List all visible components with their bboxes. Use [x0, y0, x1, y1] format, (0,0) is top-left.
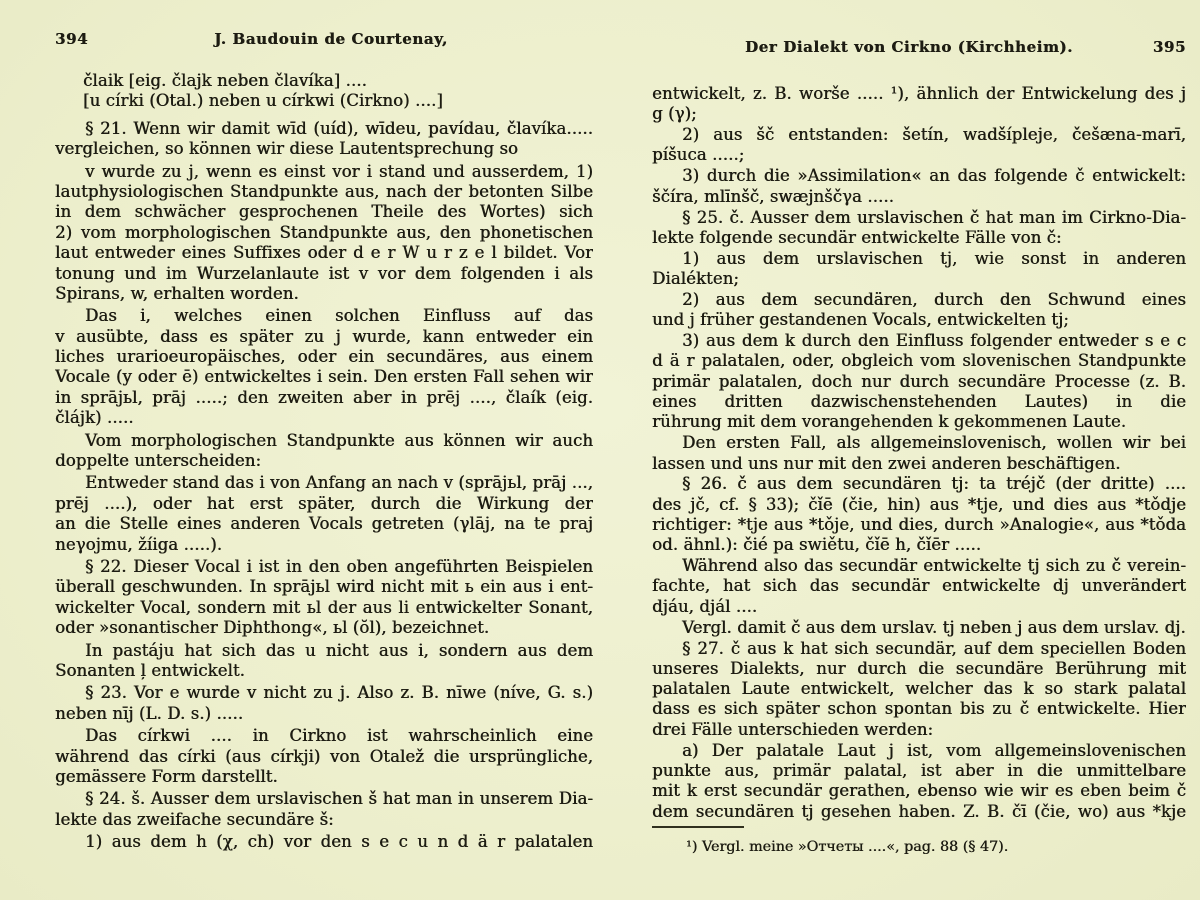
text-line: ščíra, mlīnšč, swæjnščγa ..... [652, 187, 1186, 207]
left-page: 394 J. Baudouin de Courtenay, člaik [eig… [55, 30, 593, 852]
text-line: lekte das zweifache secundäre š: [55, 810, 593, 830]
text-line: Das církwi .... in Cirkno ist wahrschein… [55, 726, 593, 746]
paragraph: § 24. š. Ausser dem urslavischen š hat m… [55, 789, 593, 830]
paragraph: In pastáju hat sich das u nicht aus i, s… [55, 641, 593, 682]
text-line: entwickelt, z. B. worše ..... ¹), ähnlic… [652, 84, 1186, 104]
paragraph: § 21. Wenn wir damit wīd (uíd), wīdeu, p… [55, 119, 593, 160]
text-line: Entweder stand das i von Anfang an nach … [55, 473, 593, 493]
text-line: in sprājьl, prāj .....; den zweiten aber… [55, 388, 593, 408]
paragraph: Vom morphologischen Standpunkte aus könn… [55, 431, 593, 472]
text-line: g (γ); [652, 104, 1186, 124]
text-line: 1) aus dem h (χ, ch) vor den s e c u n d… [55, 832, 593, 852]
text-line: Vom morphologischen Standpunkte aus könn… [55, 431, 593, 451]
text-line: 3) aus dem k durch den Einfluss folgende… [652, 331, 1186, 351]
paragraph: v wurde zu j, wenn es einst vor i stand … [55, 162, 593, 305]
footnote-text: ¹) Vergl. meine »Отчеты ....«, pag. 88 (… [652, 838, 1186, 856]
text-line: liches urarioeuropäisches, oder ein secu… [55, 347, 593, 367]
text-line: Das i, welches einen solchen Einfluss au… [55, 306, 593, 326]
text-line: § 21. Wenn wir damit wīd (uíd), wīdeu, p… [55, 119, 593, 139]
paragraph: § 25. č. Ausser dem urslavischen č hat m… [652, 208, 1186, 249]
text-line: § 27. č aus k hat sich secundär, auf dem… [652, 639, 1186, 659]
left-running-head: 394 J. Baudouin de Courtenay, [55, 30, 593, 49]
text-line: des jč, cf. § 33); čǐē (čie, hin) aus *t… [652, 495, 1186, 515]
text-line: 1) aus dem urslavischen tj, wie sonst in… [652, 249, 1186, 269]
text-line: Sonanten ļ entwickelt. [55, 661, 593, 681]
right-page: Der Dialekt von Cirkno (Kirchheim). 395 … [652, 38, 1186, 856]
footnote: ¹) Vergl. meine »Отчеты ....«, pag. 88 (… [652, 826, 1186, 856]
paragraph: Vergl. damit č aus dem urslav. tj neben … [652, 618, 1186, 638]
paragraph: člaik [eig. člajk neben člavíka] ....[u … [55, 71, 593, 112]
text-line: dass es sich später schon spontan bis zu… [652, 699, 1186, 719]
left-running-title: J. Baudouin de Courtenay, [119, 30, 543, 48]
paragraph: entwickelt, z. B. worše ..... ¹), ähnlic… [652, 84, 1186, 125]
text-line: laut entweder eines Suffixes oder d e r … [55, 243, 593, 263]
text-line: a) Der palatale Laut j ist, vom allgemei… [652, 741, 1186, 761]
paragraph: 1) aus dem h (χ, ch) vor den s e c u n d… [55, 832, 593, 852]
text-line: prēj ....), oder hat erst später, durch … [55, 494, 593, 514]
text-line: § 24. š. Ausser dem urslavischen š hat m… [55, 789, 593, 809]
paragraph: Während also das secundär entwickelte tj… [652, 556, 1186, 617]
text-line: Während also das secundär entwickelte tj… [652, 556, 1186, 576]
text-line: člájk) ..... [55, 408, 593, 428]
text-line: lekte folgende secundär entwickelte Fäll… [652, 228, 1186, 248]
text-line: punkte aus, primär palatal, ist aber in … [652, 761, 1186, 781]
text-line: neγojmu, žíiga .....). [55, 535, 593, 555]
paragraph: 3) durch die »Assimilation« an das folge… [652, 166, 1186, 207]
text-line: § 22. Dieser Vocal i ist in den oben ang… [55, 557, 593, 577]
text-line: eines dritten dazwischenstehenden Lautes… [652, 392, 1186, 412]
text-line: an die Stelle eines anderen Vocals getre… [55, 514, 593, 534]
text-line: rührung mit dem vorangehenden k gekommen… [652, 412, 1186, 432]
text-line: djáu, djál .... [652, 597, 1186, 617]
text-line: lassen und uns nur mit den zwei anderen … [652, 454, 1186, 474]
text-line: § 23. Vor e wurde v nicht zu j. Also z. … [55, 683, 593, 703]
paragraph: § 23. Vor e wurde v nicht zu j. Also z. … [55, 683, 593, 724]
text-line: doppelte unterscheiden: [55, 451, 593, 471]
text-line: primär palatalen, doch nur durch secundä… [652, 372, 1186, 392]
right-page-text: entwickelt, z. B. worše ..... ¹), ähnlic… [652, 84, 1186, 822]
text-line: lautphysiologischen Standpunkte aus, nac… [55, 182, 593, 202]
left-page-text: člaik [eig. člajk neben člavíka] ....[u … [55, 71, 593, 852]
text-line: mit k erst secundär gerathen, ebenso wie… [652, 781, 1186, 801]
paragraph: 1) aus dem urslavischen tj, wie sonst in… [652, 249, 1186, 290]
text-line: v wurde zu j, wenn es einst vor i stand … [55, 162, 593, 182]
paragraph: Den ersten Fall, als allgemeinslovenisch… [652, 433, 1186, 474]
text-line: Den ersten Fall, als allgemeinslovenisch… [652, 433, 1186, 453]
text-line: § 26. č aus dem secundären tj: ta tréjč … [652, 474, 1186, 494]
text-line: neben nīj (L. D. s.) ..... [55, 704, 593, 724]
paragraph: § 27. č aus k hat sich secundär, auf dem… [652, 639, 1186, 740]
paragraph: Das i, welches einen solchen Einfluss au… [55, 306, 593, 428]
text-line: drei Fälle unterschieden werden: [652, 720, 1186, 740]
text-line: od. ähnl.): čié pa swiětu, čǐē h, čǐēr .… [652, 535, 1186, 555]
paragraph: 3) aus dem k durch den Einfluss folgende… [652, 331, 1186, 432]
footnote-rule [652, 826, 744, 828]
text-line: 3) durch die »Assimilation« an das folge… [652, 166, 1186, 186]
text-line: Vocale (y oder ē) entwickeltes i sein. D… [55, 367, 593, 387]
text-line: 2) aus dem secundären, durch den Schwund… [652, 290, 1186, 310]
text-line: und j früher gestandenen Vocals, entwick… [652, 310, 1186, 330]
paragraph: 2) aus šč entstanden: šetín, wadšípleje,… [652, 125, 1186, 166]
text-line: gemässere Form darstellt. [55, 767, 593, 787]
text-line: Vergl. damit č aus dem urslav. tj neben … [652, 618, 1186, 638]
text-line: palatalen Laute entwickelt, welcher das … [652, 679, 1186, 699]
text-line: Dialékten; [652, 269, 1186, 289]
text-line: v ausübte, dass es später zu j wurde, ka… [55, 327, 593, 347]
text-line: tonung und im Wurzelanlaute ist v vor de… [55, 264, 593, 284]
text-line: § 25. č. Ausser dem urslavischen č hat m… [652, 208, 1186, 228]
text-line: dem secundären tj gesehen haben. Z. B. č… [652, 802, 1186, 822]
text-line: Spirans, w, erhalten worden. [55, 284, 593, 304]
paragraph: § 26. č aus dem secundären tj: ta tréjč … [652, 474, 1186, 555]
text-line: in dem schwächer gesprochenen Theile des… [55, 202, 593, 222]
text-line: richtiger: *tje aus *tǒje, und dies, dur… [652, 515, 1186, 535]
text-line: vergleichen, so können wir diese Lautent… [55, 139, 593, 159]
text-line: píšuca .....; [652, 145, 1186, 165]
text-line: d ä r palatalen, oder, obgleich vom slov… [652, 351, 1186, 371]
paragraph: Das církwi .... in Cirkno ist wahrschein… [55, 726, 593, 787]
text-line: überall geschwunden. In sprājьl wird nic… [55, 577, 593, 597]
right-running-head: Der Dialekt von Cirkno (Kirchheim). 395 [652, 38, 1186, 57]
right-running-title: Der Dialekt von Cirkno (Kirchheim). [702, 38, 1116, 56]
text-line: 2) aus šč entstanden: šetín, wadšípleje,… [652, 125, 1186, 145]
text-line: člaik [eig. člajk neben člavíka] .... [83, 71, 593, 91]
paragraph: 2) aus dem secundären, durch den Schwund… [652, 290, 1186, 331]
paragraph: Entweder stand das i von Anfang an nach … [55, 473, 593, 555]
text-line: oder »sonantischer Diphthong«, ьl (ŏl), … [55, 618, 593, 638]
paragraph: § 22. Dieser Vocal i ist in den oben ang… [55, 557, 593, 639]
text-line: [u círki (Otal.) neben u církwi (Cirkno)… [83, 91, 593, 111]
text-line: fachte, hat sich das secundär entwickelt… [652, 576, 1186, 596]
text-line: 2) vom morphologischen Standpunkte aus, … [55, 223, 593, 243]
paragraph: a) Der palatale Laut j ist, vom allgemei… [652, 741, 1186, 822]
left-page-number: 394 [55, 30, 119, 48]
text-line: In pastáju hat sich das u nicht aus i, s… [55, 641, 593, 661]
text-line: wickelter Vocal, sondern mit ьl der aus … [55, 598, 593, 618]
right-page-number: 395 [1116, 38, 1186, 56]
text-line: während das círki (aus církji) von Otale… [55, 747, 593, 767]
text-line: unseres Dialekts, nur durch die secundär… [652, 659, 1186, 679]
